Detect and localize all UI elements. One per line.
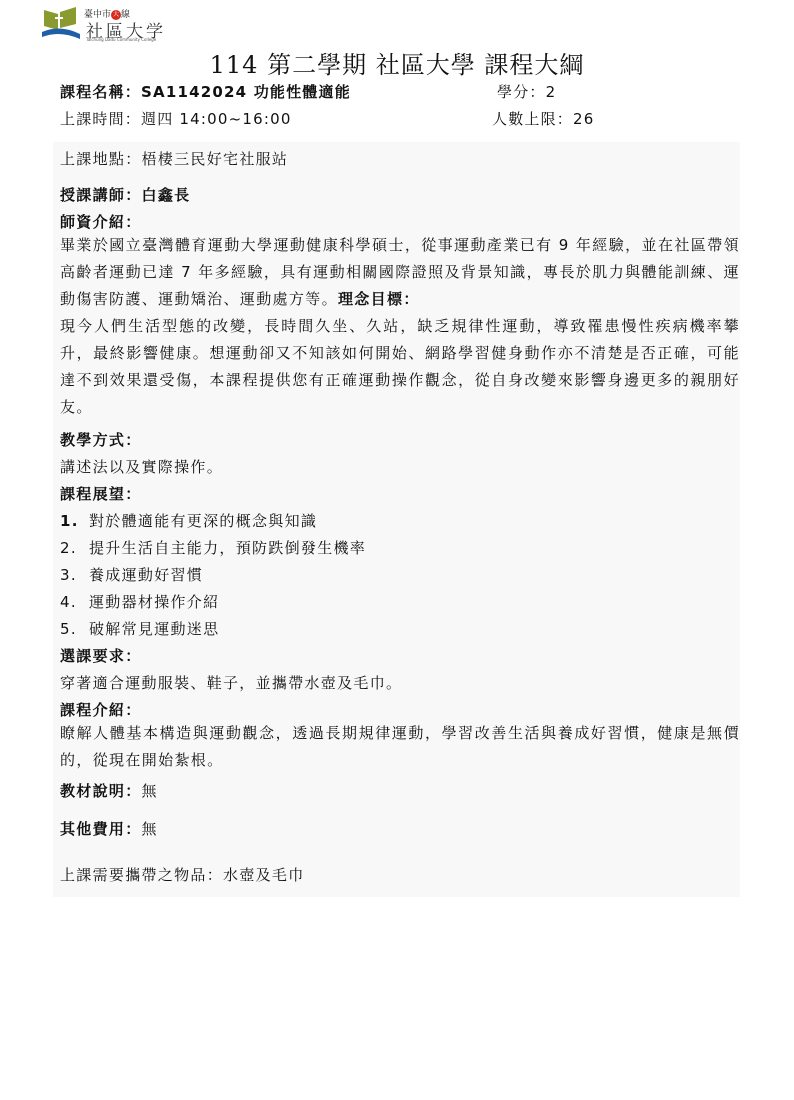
outlook-label: 課程展望：: [60, 483, 142, 504]
bio-paragraph: 畢業於國立臺灣體育運動大學運動健康科學碩士，從事運動產業已有 9 年經驗，並在社…: [60, 232, 740, 313]
time-row: 上課時間：週四 14:00~16:00: [60, 108, 292, 129]
outlook-item: 4.運動器材操作介紹: [60, 591, 219, 612]
location-value: 梧棲三民好宅社服站: [142, 150, 289, 168]
outlook-item: 1.對於體適能有更深的概念與知識: [60, 510, 317, 531]
capacity-label: 人數上限：: [492, 110, 573, 128]
logo-subtitle: Taichung Dadu Community College: [86, 37, 156, 42]
credits-value: 2: [546, 83, 557, 101]
intro-paragraph: 瞭解人體基本構造與運動觀念，透過長期規律運動，學習改善生活與養成好習慣，健康是無…: [60, 720, 740, 774]
course-name-label: 課程名稱：: [60, 83, 141, 101]
materials-label: 教材說明：: [60, 782, 142, 800]
college-logo: 臺中市大線 社區大学 Taichung Dadu Community Colle…: [42, 6, 172, 42]
bring-label: 上課需要攜帶之物品：: [60, 866, 223, 884]
outlook-item: 3.養成運動好習慣: [60, 564, 203, 585]
instructor-row: 授課講師：白鑫長: [60, 184, 190, 205]
outlook-item: 5.破解常見運動迷思: [60, 618, 219, 639]
requirement-label: 選課要求：: [60, 645, 142, 666]
location-row: 上課地點：梧棲三民好宅社服站: [60, 148, 288, 169]
method-text: 講述法以及實際操作。: [60, 456, 223, 477]
course-name-row: 課程名稱：SA1142024 功能性體適能: [60, 81, 351, 102]
course-name-value: SA1142024 功能性體適能: [141, 83, 351, 101]
page-title: 114 第二學期 社區大學 課程大綱: [0, 45, 794, 80]
time-value: 週四 14:00~16:00: [141, 110, 292, 128]
intro-label: 課程介紹：: [60, 699, 142, 720]
materials-value: 無: [142, 782, 158, 800]
instructor-label: 授課講師：: [60, 186, 142, 204]
outlook-item: 2.提升生活自主能力，預防跌倒發生機率: [60, 537, 366, 558]
materials-row: 教材說明：無: [60, 780, 158, 801]
credits-label: 學分：: [497, 83, 546, 101]
credits-row: 學分：2: [497, 81, 556, 102]
method-label: 教學方式：: [60, 429, 142, 450]
fees-value: 無: [142, 820, 158, 838]
time-label: 上課時間：: [60, 110, 141, 128]
book-logo-icon: [42, 6, 80, 40]
fees-row: 其他費用：無: [60, 818, 158, 839]
philosophy-paragraph: 現今人們生活型態的改變，長時間久坐、久站，缺乏規律性運動，導致罹患慢性疾病機率攀…: [60, 313, 740, 421]
fees-label: 其他費用：: [60, 820, 142, 838]
bring-value: 水壺及毛巾: [223, 866, 305, 884]
instructor-value: 白鑫長: [142, 186, 191, 204]
philosophy-label: 理念目標：: [338, 290, 420, 308]
bring-row: 上課需要攜帶之物品：水壺及毛巾: [60, 864, 305, 885]
capacity-row: 人數上限：26: [492, 108, 595, 129]
capacity-value: 26: [573, 110, 595, 128]
requirement-text: 穿著適合運動服裝、鞋子，並攜帶水壺及毛巾。: [60, 672, 402, 693]
bio-label: 師資介紹：: [60, 211, 142, 232]
location-label: 上課地點：: [60, 150, 142, 168]
